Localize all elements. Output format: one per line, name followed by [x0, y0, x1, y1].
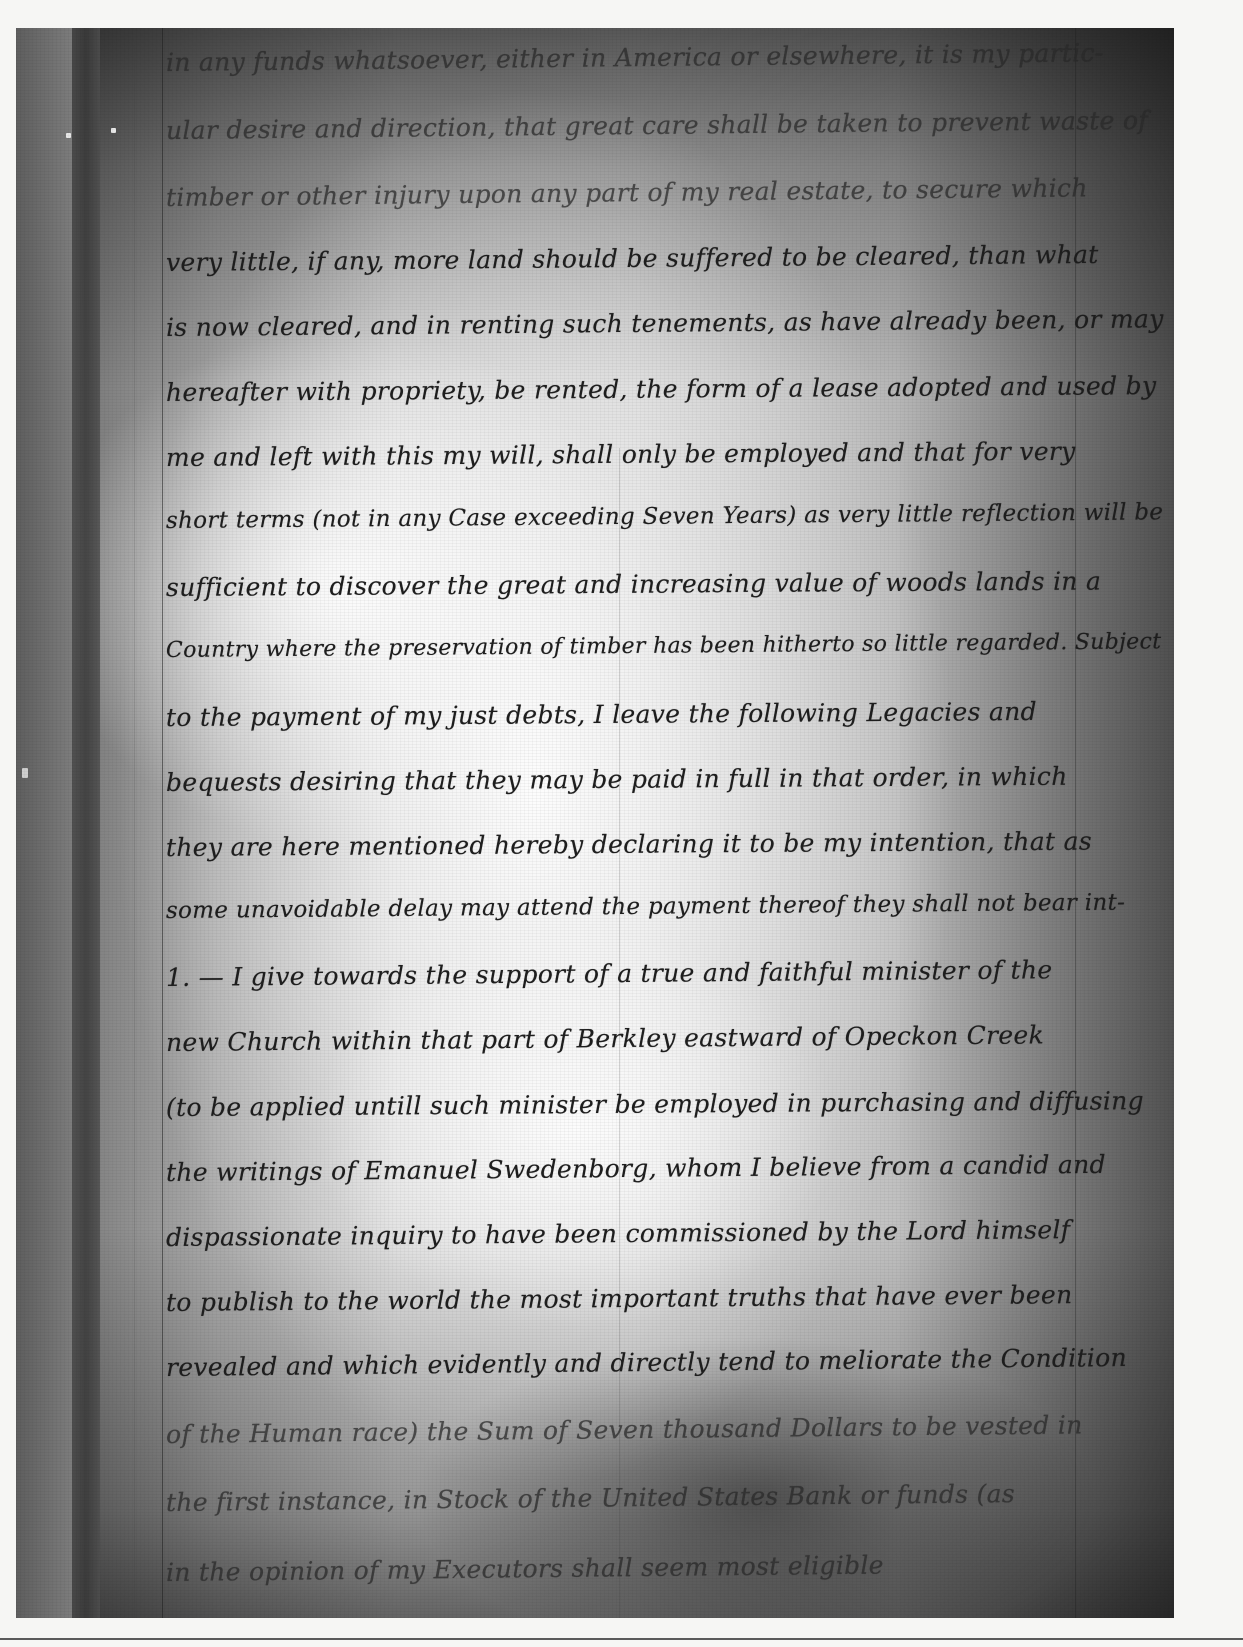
text-line: very little, if any, more land should be… — [166, 240, 1099, 277]
text-line: timber or other injury upon any part of … — [166, 173, 1088, 212]
text-line: dispassionate inquiry to have been commi… — [166, 1215, 1071, 1252]
text-line: (to be applied untill such minister be e… — [166, 1086, 1144, 1122]
text-line: some unavoidable delay may attend the pa… — [166, 890, 1125, 924]
text-line: Country where the preservation of timber… — [166, 629, 1162, 663]
photocopy-image-area: in any funds whatsoever, either in Ameri… — [16, 28, 1174, 1618]
text-line: ular desire and direction, that great ca… — [166, 106, 1148, 145]
text-line: new Church within that part of Berkley e… — [166, 1020, 1044, 1057]
text-line: in any funds whatsoever, either in Ameri… — [166, 38, 1104, 77]
text-line: 1. — I give towards the support of a tru… — [166, 955, 1053, 992]
text-line: bequests desiring that they may be paid … — [166, 762, 1068, 797]
dust-speck — [22, 768, 28, 778]
text-line: is now cleared, and in renting such tene… — [166, 304, 1164, 342]
left-margin-rule — [162, 28, 163, 1618]
text-line: they are here mentioned hereby declaring… — [166, 827, 1092, 862]
text-line: to publish to the world the most importa… — [166, 1280, 1073, 1317]
scanner-bottom-edge — [0, 1638, 1243, 1640]
faint-margin-rule — [134, 28, 135, 1618]
dust-speck — [66, 133, 71, 138]
text-line: sufficient to discover the great and inc… — [166, 566, 1101, 602]
binding-shadow-band — [72, 28, 100, 1618]
text-line: me and left with this my will, shall onl… — [166, 437, 1076, 472]
left-edge-shadow — [16, 28, 72, 1618]
scanned-page: in any funds whatsoever, either in Ameri… — [0, 0, 1243, 1647]
text-line: revealed and which evidently and directl… — [166, 1343, 1127, 1382]
text-line: the writings of Emanuel Swedenborg, whom… — [166, 1150, 1106, 1187]
text-line: in the opinion of my Executors shall see… — [166, 1550, 884, 1587]
dust-speck — [111, 128, 116, 133]
text-line: short terms (not in any Case exceeding S… — [166, 499, 1163, 534]
text-line: the first instance, in Stock of the Unit… — [166, 1479, 1015, 1517]
text-line: of the Human race) the Sum of Seven thou… — [166, 1410, 1083, 1449]
text-line: to the payment of my just debts, I leave… — [166, 697, 1037, 732]
text-line: hereafter with propriety, be rented, the… — [166, 371, 1157, 407]
